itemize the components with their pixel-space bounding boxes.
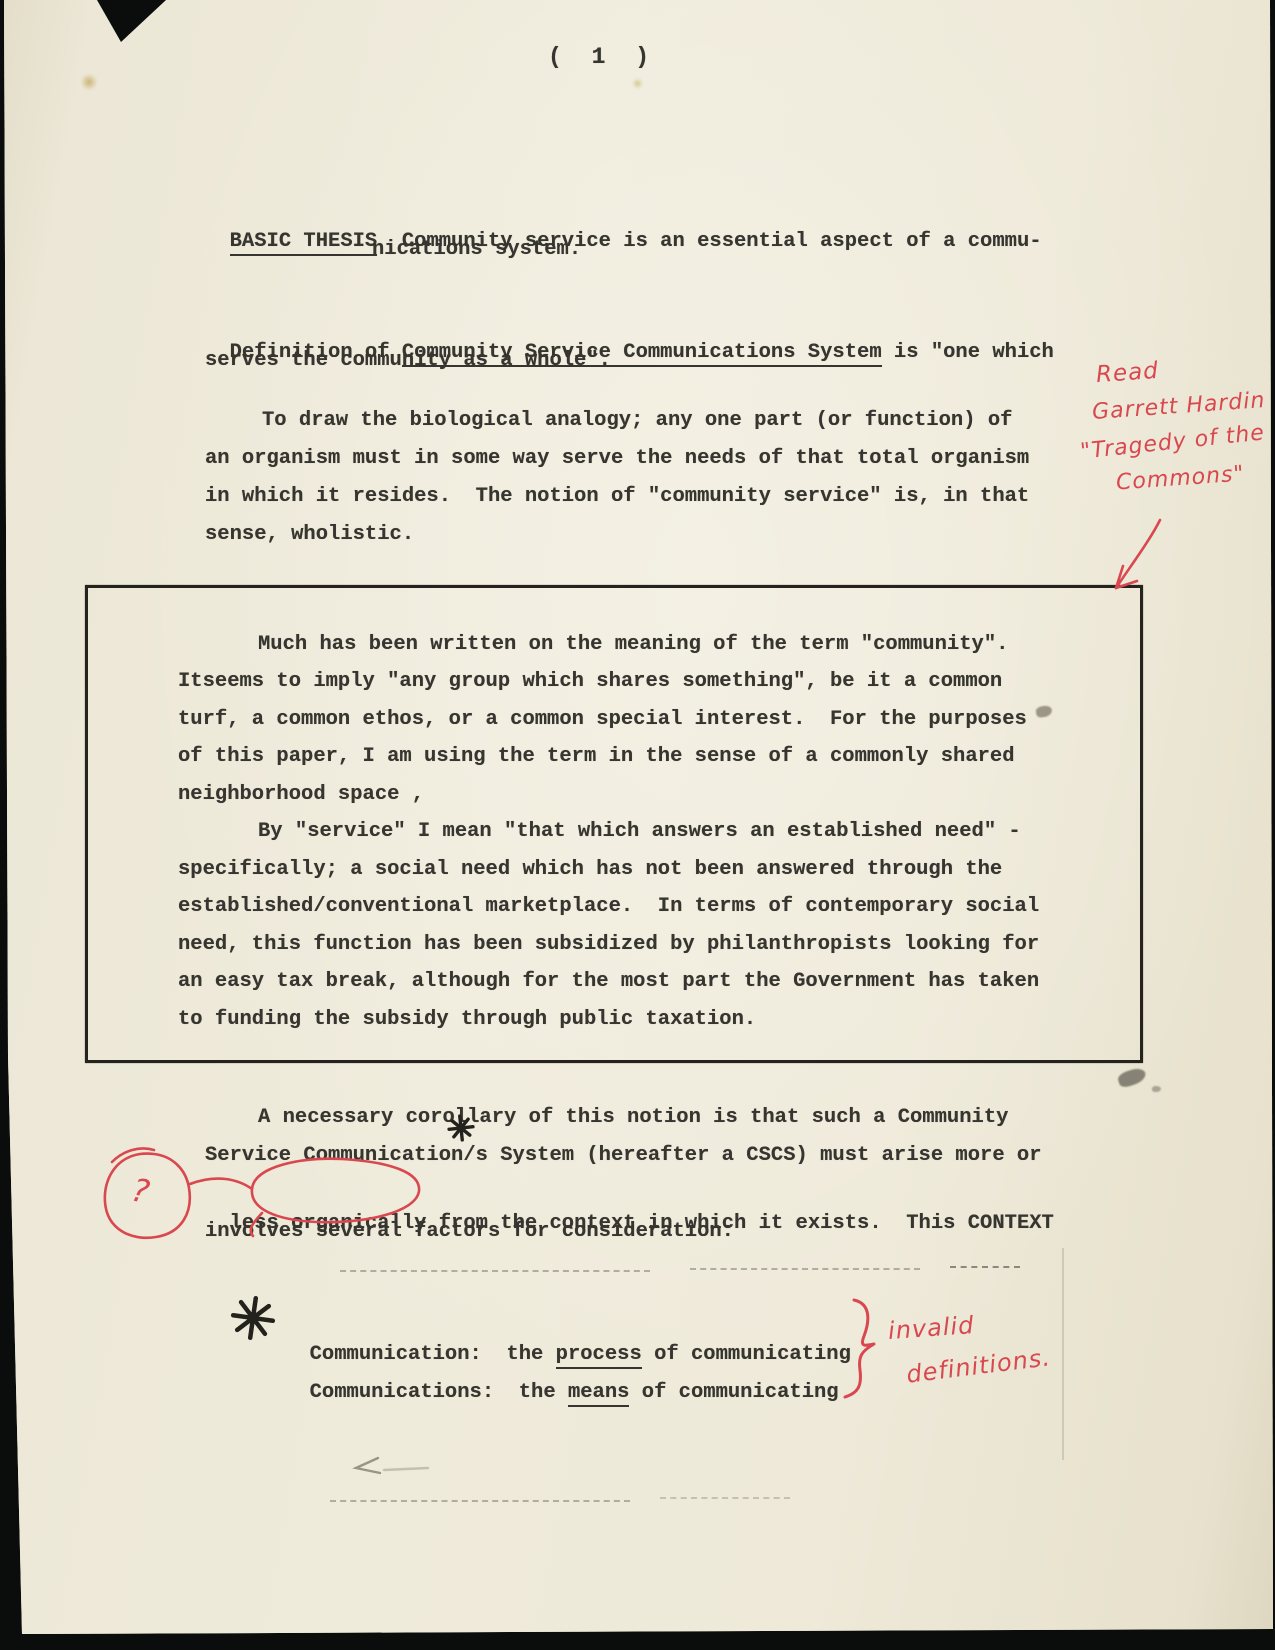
paper-stain: [632, 78, 643, 89]
margin-note-read: Read: [1095, 358, 1159, 388]
footnote-line-2-post: of communicating: [629, 1381, 838, 1404]
boxed-line: Much has been written on the meaning of …: [258, 630, 1008, 660]
thesis-line-2: nications system.: [372, 235, 581, 265]
invalid-note-line-1: invalid: [887, 1311, 975, 1345]
pencil-line: [660, 1497, 790, 1499]
corollary-line-4: involves several factors for considerati…: [205, 1217, 734, 1247]
pencil-line: [690, 1268, 920, 1270]
boxed-line: turf, a common ethos, or a common specia…: [178, 705, 1027, 735]
page-number: ( 1 ): [548, 42, 657, 72]
corollary-line-1: A necessary corollary of this notion is …: [258, 1103, 1008, 1133]
analogy-line-1: To draw the biological analogy; any one …: [262, 406, 1012, 436]
footnote-word-means: means: [568, 1381, 630, 1407]
thesis-line-1: BASIC THESIS Community service is an ess…: [205, 197, 1042, 257]
boxed-line: Itseems to imply "any group which shares…: [178, 667, 1002, 697]
paper-crease: [1062, 1248, 1064, 1460]
boxed-line: established/conventional marketplace. In…: [178, 892, 1039, 922]
boxed-line: specifically; a social need which has no…: [178, 855, 1002, 885]
pencil-line: [340, 1270, 650, 1272]
boxed-line: need, this function has been subsidized …: [178, 930, 1039, 960]
footnote-line-2: Communications: the means of communicati…: [285, 1348, 839, 1408]
boxed-line: By "service" I mean "that which answers …: [258, 817, 1021, 847]
analogy-line-2: an organism must in some way serve the n…: [205, 444, 1029, 474]
boxed-line: to funding the subsidy through public ta…: [178, 1005, 756, 1035]
analogy-line-3: in which it resides. The notion of "comm…: [205, 482, 1029, 512]
definition-line-2: serves the community as a whole".: [205, 346, 611, 376]
paper-stain: [80, 74, 98, 90]
analogy-line-4: sense, wholistic.: [205, 520, 414, 550]
footnote-line-2-pre: Communications: the: [310, 1381, 568, 1404]
definition-post: is "one which: [882, 341, 1054, 364]
boxed-line: an easy tax break, although for the most…: [178, 967, 1039, 997]
pencil-line: [330, 1500, 630, 1502]
boxed-line: of this paper, I am using the term in th…: [178, 742, 1015, 772]
pencil-line: [950, 1266, 1020, 1268]
boxed-line: neighborhood space ,: [178, 780, 424, 810]
corollary-line-2: Service Communication/s System (hereafte…: [205, 1141, 1042, 1171]
thesis-heading: BASIC THESIS: [230, 230, 378, 256]
